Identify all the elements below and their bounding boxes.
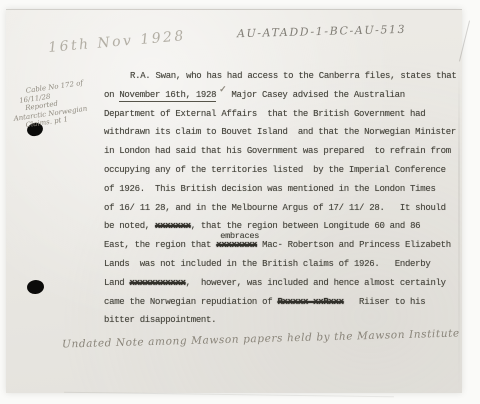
typed-text: withdrawn its claim to Bouvet Island and…	[104, 127, 456, 137]
typed-text: occupying any of the territories listed …	[104, 165, 446, 175]
interline-correction: embraces	[220, 231, 259, 241]
typed-text: be noted,	[104, 221, 155, 231]
struck-out-text: Rxxxxx xxRxxx	[277, 297, 343, 307]
typed-text: came the Norwegian repudiation of	[104, 297, 277, 307]
typed-line: be noted, xxxxxxx, that the region betwe…	[104, 221, 472, 240]
typed-text: November 16th, 1928	[119, 90, 216, 102]
typed-text: Riiser to his	[344, 297, 426, 307]
typed-text: R.A. Swan, who has had access to the Can…	[130, 71, 456, 81]
struck-out-text: xxxxxxxxxxx	[130, 278, 186, 288]
typed-line: on November 16th, 1928 ✓ Major Casey adv…	[104, 90, 472, 109]
typed-text: bitter disappointment.	[104, 315, 216, 325]
bottom-fold-line	[64, 392, 394, 398]
typed-text: in London had said that his Government w…	[104, 146, 451, 156]
typed-line: East, the region that xxxxxxxxembraces M…	[104, 240, 472, 259]
typed-text: Land	[104, 278, 130, 288]
typed-line: R.A. Swan, who has had access to the Can…	[104, 71, 472, 90]
typed-line: of 1926. This British decision was menti…	[104, 184, 472, 203]
typed-line: withdrawn its claim to Bouvet Island and…	[104, 127, 472, 146]
top-right-corner-crease	[459, 21, 470, 62]
typed-text: of 1926. This British decision was menti…	[104, 184, 436, 194]
typed-body: R.A. Swan, who has had access to the Can…	[104, 71, 472, 334]
typed-text: on	[104, 90, 119, 100]
typed-line: in London had said that his Government w…	[104, 146, 472, 165]
typed-line: occupying any of the territories listed …	[104, 165, 472, 184]
scanned-document: AU-ATADD-1-BC-AU-513 16th Nov 1928 Cable…	[0, 0, 480, 404]
typed-text: Department of External Affairs that the …	[104, 109, 425, 119]
typed-text: Major Casey advised the Australian	[226, 90, 405, 100]
pencil-checkmark-icon: ✓	[216, 85, 226, 95]
struck-out-text: xxxxxxxxembraces	[216, 240, 257, 250]
typed-line: came the Norwegian repudiation of Rxxxxx…	[104, 297, 472, 316]
typed-text: of 16/ 11 28, and in the Melbourne Argus…	[104, 203, 446, 213]
typed-line: Lands was not included in the British cl…	[104, 259, 472, 278]
typed-text: Lands was not included in the British cl…	[104, 259, 430, 269]
typed-line: of 16/ 11 28, and in the Melbourne Argus…	[104, 203, 472, 222]
typed-text: , however, was included and hence almost…	[186, 278, 446, 288]
struck-out-text: xxxxxxx	[155, 221, 191, 231]
typed-text: Mac- Robertson and Princess Elizabeth	[257, 240, 451, 250]
typed-line: Land xxxxxxxxxxx, however, was included …	[104, 278, 472, 297]
typed-line: Department of External Affairs that the …	[104, 109, 472, 128]
typed-text: East, the region that	[104, 240, 216, 250]
